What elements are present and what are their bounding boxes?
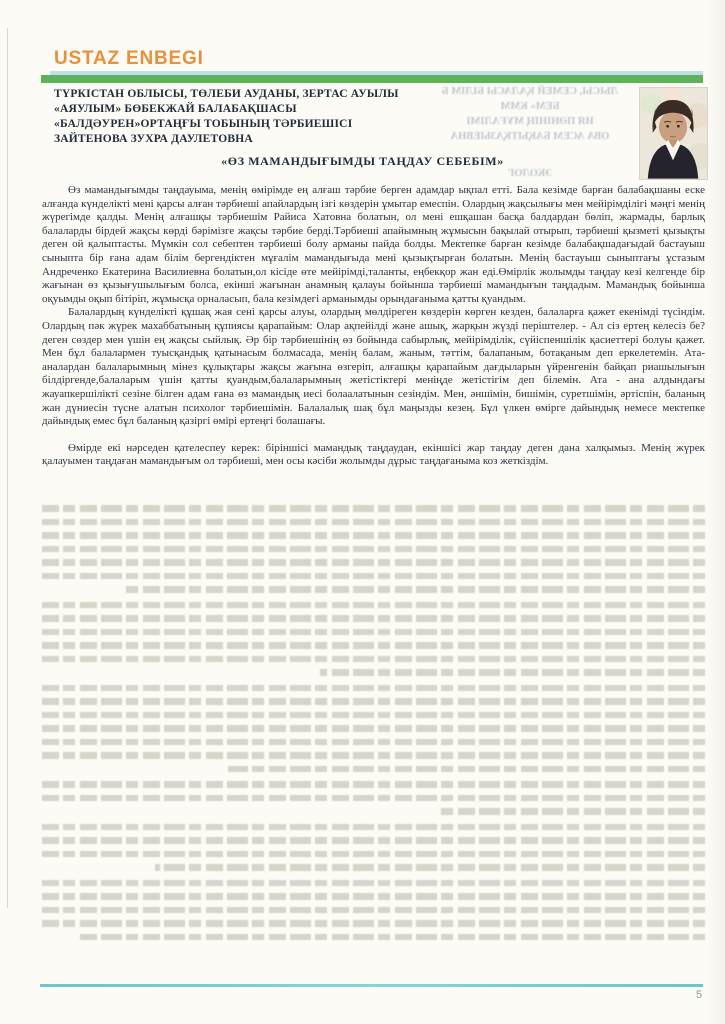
showthrough-paragraph [42,824,705,871]
showthrough-line [42,656,705,663]
showthrough-line [42,532,705,539]
page-number: 5 [696,989,702,1001]
showthrough-line: ИЯ ПӘНІНІҢ МҰҒАЛІМІ [415,114,645,129]
showthrough-line [42,752,705,759]
showthrough-line [42,615,705,622]
showthrough-paragraph [42,880,705,941]
showthrough-line [42,602,705,609]
showthrough-line [42,907,705,914]
footer-rule [40,984,703,987]
essay-paragraph: Өз мамандығымды таңдауыма, менің өмірімд… [42,184,705,306]
showthrough-line [42,712,705,719]
showthrough-line [42,642,705,649]
showthrough-line: ОВА АСЕМ БАҚЫТҚАЗЫЕВНА [415,129,645,144]
showthrough-line [42,573,705,580]
showthrough-line [42,739,705,746]
showthrough-line [122,586,705,593]
magazine-masthead-title: USTAZ ENBEGI [54,48,204,70]
showthrough-line [440,808,705,815]
showthrough-body [42,505,705,949]
essay-paragraph: Балалардың күнделікті құшақ жая сені қар… [42,306,705,428]
masthead-rule-green [41,75,703,83]
showthrough-line [42,795,705,802]
showthrough-line [42,629,705,636]
showthrough-paragraph [42,602,705,676]
showthrough-line [42,880,705,887]
showthrough-line [42,505,705,512]
showthrough-line [155,864,705,871]
showthrough-line [42,920,705,927]
essay-body: Өз мамандығымды таңдауыма, менің өмірімд… [42,184,705,469]
showthrough-line [42,559,705,566]
essay-title: «ӨЗ МАМАНДЫҒЫМДЫ ТАҢДАУ СЕБЕБІМ» [0,154,725,169]
showthrough-line [42,698,705,705]
showthrough-line [42,781,705,788]
showthrough-line [42,851,705,858]
showthrough-line [42,519,705,526]
showthrough-line [42,725,705,732]
showthrough-line [42,546,705,553]
scanned-magazine-page: { "masthead": { "title": "USTAZ ENBEGI",… [0,0,725,1024]
essay-paragraph: Өмірде екі нәрседен қателеспеу керек: бі… [42,442,705,469]
showthrough-line [42,893,705,900]
showthrough-line [228,766,705,773]
showthrough-line: БЕМ» КММ [415,99,645,114]
showthrough-line: ЛЫСЫ, СЕМЕЙ ҚАЛАСЫ БІЛІМ Б [415,84,645,99]
showthrough-line [320,669,705,676]
showthrough-line [42,837,705,844]
showthrough-paragraph [42,505,705,593]
showthrough-line [42,824,705,831]
showthrough-line [42,685,705,692]
showthrough-line [75,934,705,941]
showthrough-paragraph [42,685,705,773]
showthrough-paragraph [42,781,705,815]
